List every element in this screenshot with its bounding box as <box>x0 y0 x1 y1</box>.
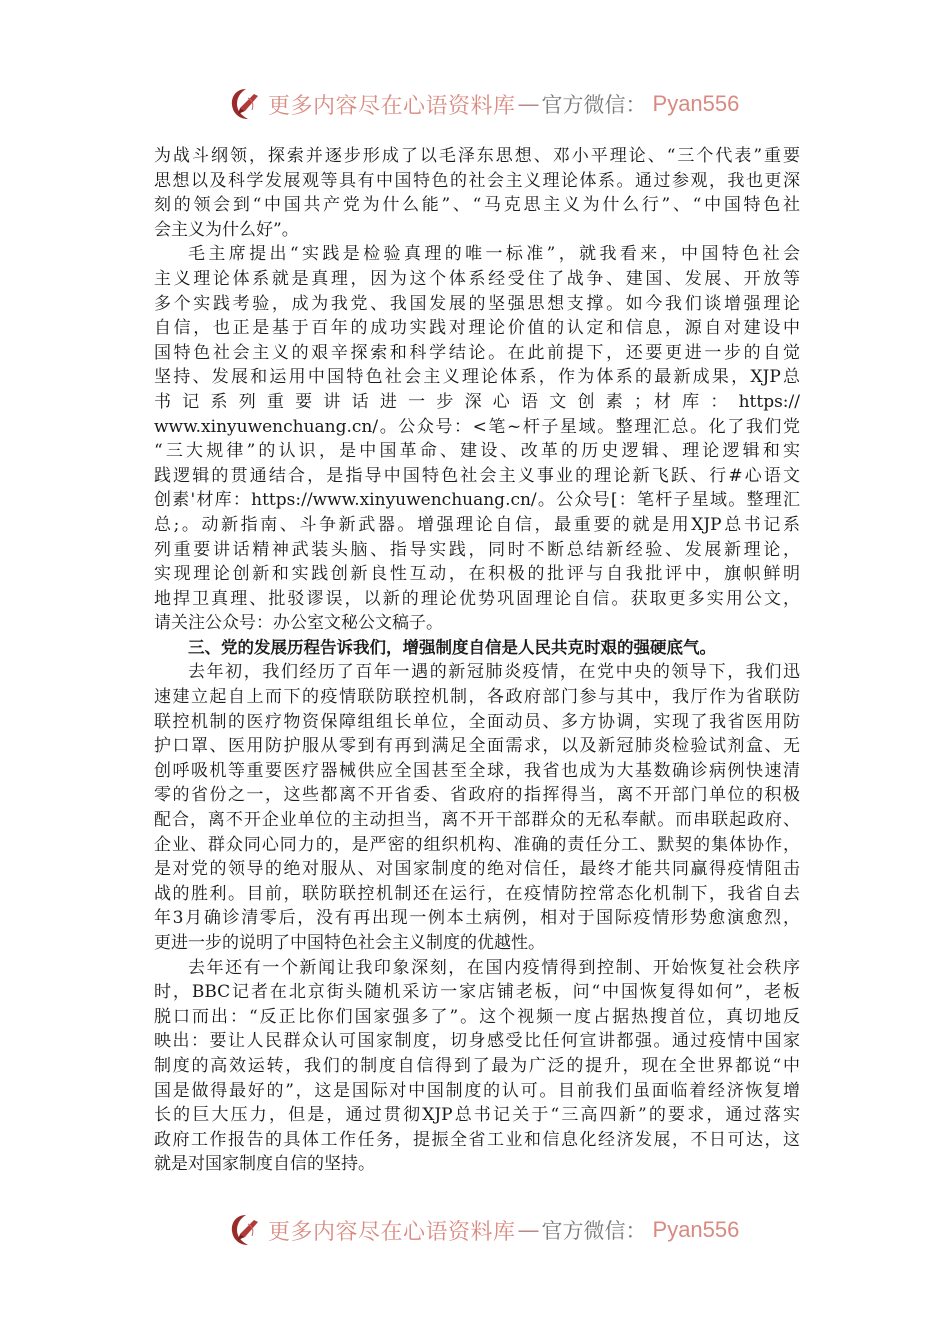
paragraph: 毛主席提出“实践是检验真理的唯一标准”，就我看来，中国特色社会 主义理论体系就是… <box>154 242 800 636</box>
text-line: 护口罩、医用防护服从零到有再到满足全面需求，以及新冠肺炎检验试剂盒、无 <box>154 734 800 759</box>
text-line: 去年还有一个新闻让我印象深刻，在国内疫情得到控制、开始恢复社会秩序 <box>154 956 800 981</box>
text-line: 制度的高效运转，我们的制度自信得到了最为广泛的提升，现在全世界都说“中 <box>154 1054 800 1079</box>
text-line: www.xinyuwenchuang.cn/。公众号：<笔~杆子星域。整理汇总。… <box>154 415 800 440</box>
paragraph: 为战斗纲领，探索并逐步形成了以毛泽东思想、邓小平理论、“三个代表”重要 思想以及… <box>154 144 800 242</box>
separator-dash: — <box>518 1218 540 1243</box>
text-line: 映出：要让人民群众认可国家制度，切身感受比任何宣讲都强。通过疫情中国家 <box>154 1029 800 1054</box>
text-line: 年3月确诊清零后，没有再出现一例本土病例，相对于国际疫情形势愈演愈烈， <box>154 906 800 931</box>
brand-text: 更多内容尽在心语资料库 <box>268 1215 516 1246</box>
brand-text: 更多内容尽在心语资料库 <box>268 89 516 120</box>
section-heading: 三、党的发展历程告诉我们，增强制度自信是人民共克时艰的强硬底气。 <box>154 636 800 661</box>
quill-logo-icon <box>228 86 264 122</box>
text-line: 去年初，我们经历了百年一遇的新冠肺炎疫情，在党中央的领导下，我们迅 <box>154 660 800 685</box>
text-line: 零的省份之一，这些都离不开省委、省政府的指挥得当，离不开部门单位的积极 <box>154 783 800 808</box>
text-line: 速建立起自上而下的疫情联防联控机制，各政府部门参与其中，我厅作为省联防 <box>154 685 800 710</box>
paragraph: 去年初，我们经历了百年一遇的新冠肺炎疫情，在党中央的领导下，我们迅 速建立起自上… <box>154 660 800 955</box>
text-line: 书 记 系 列 重 要 讲 话 进 一 步 深 心 语 文 创 素 ；材 库 ：… <box>154 390 800 415</box>
text-line: 会主义为什么好”。 <box>154 218 800 243</box>
text-line: “三大规律”的认识，是中国革命、建设、改革的历史逻辑、理论逻辑和实 <box>154 439 800 464</box>
text-line: 脱口而出：“反正比你们国家强多了”。这个视频一度占据热搜首位，真切地反 <box>154 1005 800 1030</box>
paragraph: 去年还有一个新闻让我印象深刻，在国内疫情得到控制、开始恢复社会秩序 时，BBC记… <box>154 956 800 1177</box>
text-line: 地捍卫真理、批驳谬误，以新的理论优势巩固理论自信。获取更多实用公文， <box>154 587 800 612</box>
footer-banner: 更多内容尽在心语资料库 — 官方微信： Pyan556 <box>228 1210 728 1250</box>
text-line: 自信，也正是基于百年的成功实践对理论价值的认定和信息，源自对建设中 <box>154 316 800 341</box>
text-line: 战的胜利。目前，联防联控机制还在运行，在疫情防控常态化机制下，我省自去 <box>154 882 800 907</box>
text-line: 坚持、发展和运用中国特色社会主义理论体系，作为体系的最新成果，XJP总 <box>154 365 800 390</box>
text-line: 列重要讲话精神武装头脑、指导实践，同时不断总结新经验、发展新理论， <box>154 538 800 563</box>
document-body: 为战斗纲领，探索并逐步形成了以毛泽东思想、邓小平理论、“三个代表”重要 思想以及… <box>154 144 800 1177</box>
wechat-id: Pyan556 <box>653 91 740 117</box>
text-line: 国特色社会主义的艰辛探索和科学结论。在此前提下，还要更进一步的自觉 <box>154 341 800 366</box>
text-line: 国是做得最好的”，这是国际对中国制度的认可。目前我们虽面临着经济恢复增 <box>154 1079 800 1104</box>
text-line: 就是对国家制度自信的坚持。 <box>154 1152 800 1177</box>
separator-dash: — <box>518 92 540 117</box>
text-line: 长的巨大压力，但是，通过贯彻XJP总书记关于“三高四新”的要求，通过落实 <box>154 1103 800 1128</box>
text-line: 实现理论创新和实践创新良性互动，在积极的批评与自我批评中，旗帜鲜明 <box>154 562 800 587</box>
text-line: 主义理论体系就是真理，因为这个体系经受住了战争、建国、发展、开放等 <box>154 267 800 292</box>
text-line: 配合，离不开企业单位的主动担当，离不开干部群众的无私奉献。而串联起政府、 <box>154 808 800 833</box>
wechat-label: 官方微信： <box>542 89 647 119</box>
text-line: 多个实践考验，成为我党、我国发展的坚强思想支撑。如今我们谈增强理论 <box>154 292 800 317</box>
text-line: 时，BBC记者在北京街头随机采访一家店铺老板，问“中国恢复得如何”，老板 <box>154 980 800 1005</box>
text-line: 践逻辑的贯通结合，是指导中国特色社会主义事业的理论新飞跃、行#心语文 <box>154 464 800 489</box>
wechat-label: 官方微信： <box>542 1215 647 1245</box>
quill-logo-icon <box>228 1212 264 1248</box>
text-line: 创素'材库：https://www.xinyuwenchuang.cn/。公众号… <box>154 488 800 513</box>
header-banner: 更多内容尽在心语资料库 — 官方微信： Pyan556 <box>228 84 728 124</box>
text-line: 毛主席提出“实践是检验真理的唯一标准”，就我看来，中国特色社会 <box>154 242 800 267</box>
text-line: 更进一步的说明了中国特色社会主义制度的优越性。 <box>154 931 800 956</box>
text-line: 创呼吸机等重要医疗器械供应全国甚至全球，我省也成为大基数确诊病例快速清 <box>154 759 800 784</box>
heading-line: 三、党的发展历程告诉我们，增强制度自信是人民共克时艰的强硬底气。 <box>154 636 800 661</box>
wechat-id: Pyan556 <box>653 1217 740 1243</box>
text-line: 为战斗纲领，探索并逐步形成了以毛泽东思想、邓小平理论、“三个代表”重要 <box>154 144 800 169</box>
text-line: 政府工作报告的具体工作任务，提振全省工业和信息化经济发展，不日可达，这 <box>154 1128 800 1153</box>
text-line: 刻的领会到“中国共产党为什么能”、“马克思主义为什么行”、“中国特色社 <box>154 193 800 218</box>
text-line: 请关注公众号：办公室文秘公文稿子。 <box>154 611 800 636</box>
text-line: 是对党的领导的绝对服从、对国家制度的绝对信任，最终才能共同赢得疫情阻击 <box>154 857 800 882</box>
text-line: 总;。动新指南、斗争新武器。增强理论自信，最重要的就是用XJP总书记系 <box>154 513 800 538</box>
text-line: 联控机制的医疗物资保障组组长单位，全面动员、多方协调，实现了我省医用防 <box>154 710 800 735</box>
text-line: 企业、群众同心同力的，是严密的组织机构、准确的责任分工、默契的集体协作， <box>154 833 800 858</box>
text-line: 思想以及科学发展观等具有中国特色的社会主义理论体系。通过参观，我也更深 <box>154 169 800 194</box>
